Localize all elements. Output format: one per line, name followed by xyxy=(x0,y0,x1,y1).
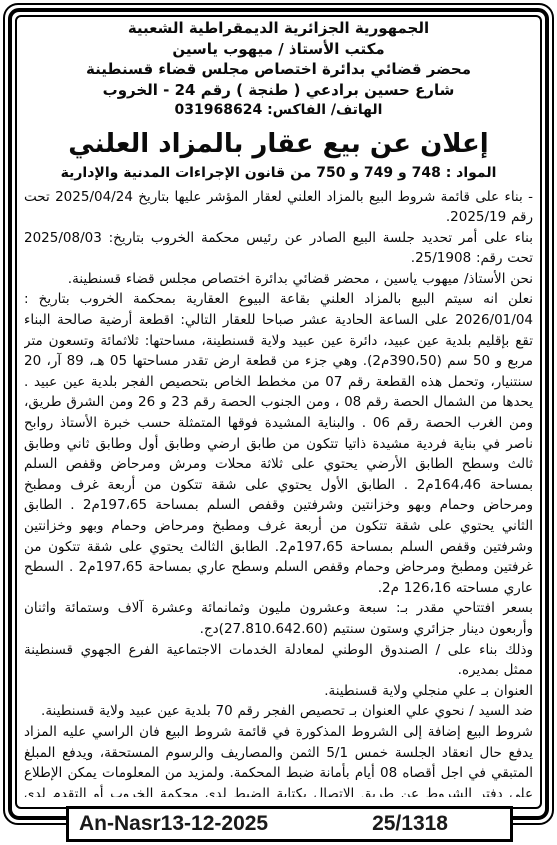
document-content: الجمهورية الجزائرية الديمقراطية الشعبية … xyxy=(24,18,533,797)
phone-fax-line: الهاتف/ الفاكس: 031968624 xyxy=(24,100,533,121)
paragraph-payment-terms: شروط البيع إضافة إلى الشروط المذكورة في … xyxy=(24,722,533,797)
office-address: شارع حسين برادعي ( طنجة ) رقم 24 - الخرو… xyxy=(24,80,533,101)
republic-name: الجمهورية الجزائرية الديمقراطية الشعبية xyxy=(24,18,533,39)
paragraph-opening-price: بسعر افتتاحي مقدر بـ: سبعة وعشرون مليون … xyxy=(24,598,533,639)
issue-reference-number: 25/1318 xyxy=(372,812,448,836)
paragraph-defendant: ضد السيد / نحوي علي العنوان بـ تحصيص الف… xyxy=(24,701,533,722)
bailiff-office-name: مكتب الأستاذ / ميهوب ياسين xyxy=(24,39,533,60)
paragraph-auction-property-details: نعلن انه سيتم البيع بالمزاد العلني بقاعة… xyxy=(24,289,533,598)
newspaper-auction-announcement: الجمهورية الجزائرية الديمقراطية الشعبية … xyxy=(0,0,557,845)
legal-articles-reference: المواد : 748 و 749 و 750 من قانون الإجرا… xyxy=(24,163,533,183)
paragraph-requesting-party: وذلك بناء على / الصندوق الوطني لمعادلة ا… xyxy=(24,640,533,681)
bailiff-jurisdiction: محضر قضائي بدائرة اختصاص مجلس قضاء قسنطي… xyxy=(24,59,533,80)
footer-bar: An-Nasr13-12-2025 25/1318 xyxy=(66,806,513,842)
paragraph-requesting-party-address: العنوان بـ علي منجلي ولاية قسنطينة. xyxy=(24,681,533,702)
paragraph-sale-conditions-basis: - بناء على قائمة شروط البيع بالمزاد العل… xyxy=(24,187,533,228)
paragraph-court-order-basis: بناء على أمر تحديد جلسة البيع الصادر عن … xyxy=(24,228,533,269)
paragraph-bailiff-declaration: نحن الأستاذ/ ميهوب ياسين ، محضر قضائي بد… xyxy=(24,269,533,290)
announcement-body: - بناء على قائمة شروط البيع بالمزاد العل… xyxy=(24,187,533,798)
publication-name-date: An-Nasr13-12-2025 xyxy=(79,812,268,836)
office-header: الجمهورية الجزائرية الديمقراطية الشعبية … xyxy=(24,18,533,121)
announcement-title: إعلان عن بيع عقار بالمزاد العلني xyxy=(24,128,533,160)
